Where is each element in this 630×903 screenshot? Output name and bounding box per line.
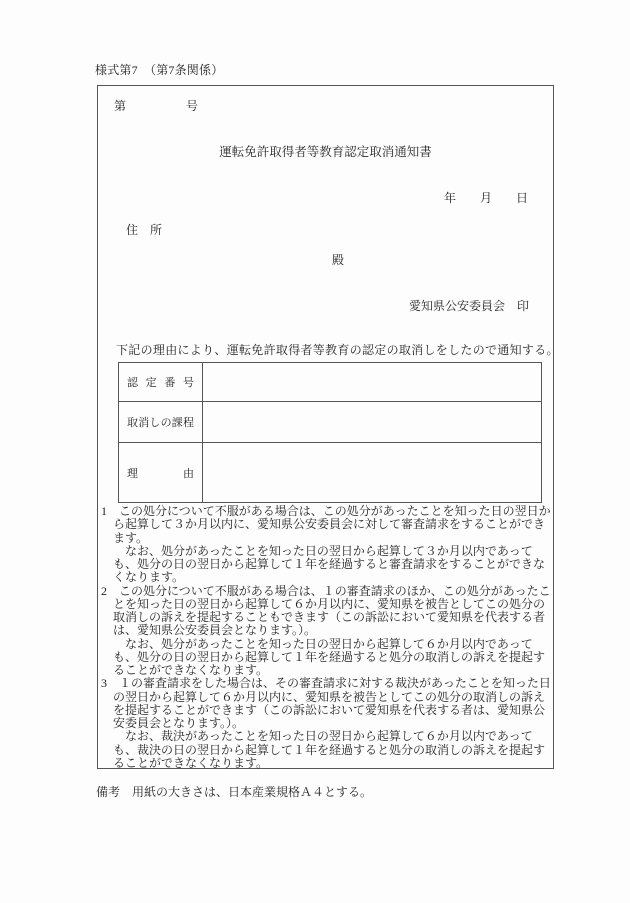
remarks-line: 備考 用紙の大きさは、日本産業規格Ａ４とする。 [96,783,372,800]
document-border-box: 第 号 運転免許取得者等教育認定取消通知書 年 月 日 住 所 殿 愛知県公安委… [97,85,554,769]
row-value-blank [203,443,541,502]
intro-text: 下記の理由により、運転免許取得者等教育の認定の取消しをしたので通知する。 [116,341,559,358]
certification-table: 認定番号 取消しの課程 理由 [118,362,542,503]
note-number: 2 [101,585,119,598]
note-main-text: 1この処分について不服がある場合は、この処分があったことを知った日の翌日から起算… [101,505,552,545]
date-blank-line: 年 月 日 [444,189,528,206]
document-title: 運転免許取得者等教育認定取消通知書 [98,142,553,160]
note-main-text: 2この処分について不服がある場合は、１の審査請求のほか、この処分があったことを知… [101,585,552,638]
doc-number-blank: 第 号 [114,97,198,114]
note-main-text: 3１の審査請求をした場合は、その審査請求に対する裁決があったことを知った日の翌日… [101,677,552,730]
note-supplement-text: なお、処分があったことを知った日の翌日から起算して３か月以内であっても、処分の日… [101,545,552,585]
recipient-honorific: 殿 [332,251,344,268]
row-value-blank [203,363,541,401]
appeal-notes: 1この処分について不服がある場合は、この処分があったことを知った日の翌日から起算… [101,505,552,770]
note-item: 3１の審査請求をした場合は、その審査請求に対する裁決があったことを知った日の翌日… [101,677,552,770]
address-label: 住 所 [126,221,162,238]
note-number: 3 [101,677,119,690]
row-label: 認定番号 [119,363,203,401]
note-item: 2この処分について不服がある場合は、１の審査請求のほか、この処分があったことを知… [101,585,552,678]
issuer-seal-line: 愛知県公安委員会 印 [409,297,529,314]
table-row-certification-number: 認定番号 [119,363,541,402]
row-label: 取消しの課程 [119,402,203,442]
note-supplement-text: なお、処分があったことを知った日の翌日から起算して６か月以内であっても、処分の日… [101,638,552,678]
table-row-cancelled-course: 取消しの課程 [119,402,541,443]
note-supplement-text: なお、裁決があったことを知った日の翌日から起算して６か月以内であっても、裁決の日… [101,730,552,770]
row-label: 理由 [119,443,203,502]
table-row-reason: 理由 [119,443,541,502]
document-page: { "document": { "form_label": "様式第7 （第7条… [0,0,630,903]
form-number-label: 様式第7 （第7条関係） [95,61,223,78]
note-item: 1この処分について不服がある場合は、この処分があったことを知った日の翌日から起算… [101,505,552,585]
row-value-blank [203,402,541,442]
